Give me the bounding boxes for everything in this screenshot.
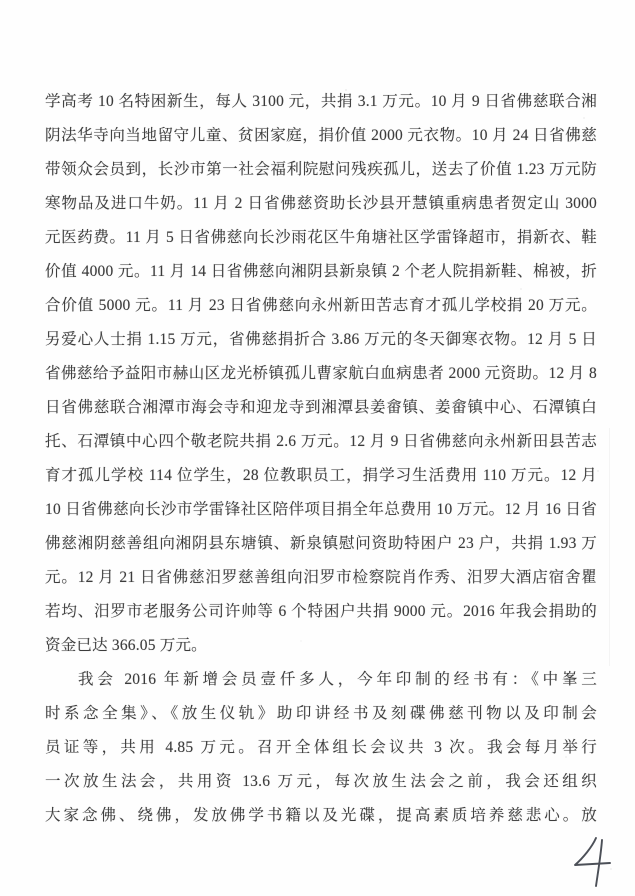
text-line: 员证等，共用 4.85 万元。召开全体组长会议共 3 次。我会每月举行 — [45, 731, 597, 765]
scan-speckle — [300, 640, 302, 642]
text-line: 若均、汨罗市老服务公司许帅等 6 个特困户共捐 9000 元。2016 年我会捐… — [45, 595, 597, 629]
text-line: 佛慈湘阴慈善组向湘阴县东塘镇、新泉镇慰问资助特困户 23 户，共捐 1.93 万 — [45, 527, 597, 561]
scanned-page: 学高考 10 名特困新生，每人 3100 元，共捐 3.1 万元。10 月 9 … — [0, 0, 635, 896]
scan-artifact-line — [609, 428, 610, 666]
text-line: 价值 4000 元。11 月 14 日省佛慈向湘阴县新泉镇 2 个老人院捐新鞋、… — [45, 255, 597, 289]
text-line: 阴法华寺向当地留守儿童、贫困家庭，捐价值 2000 元衣物。10 月 24 日省… — [45, 119, 597, 153]
text-line: 日省佛慈联合湘潭市海会寺和迎龙寺到湘潭县姜畲镇、姜畲镇中心、石潭镇白 — [45, 391, 597, 425]
text-line: 托、石潭镇中心四个敬老院共捐 2.6 万元。12 月 9 日省佛慈向永州新田县苦… — [45, 425, 597, 459]
text-line: 另爱心人士捐 1.15 万元，省佛慈捐折合 3.86 万元的冬天御寒衣物。12 … — [45, 323, 597, 357]
scan-speckle — [520, 288, 522, 290]
text-line: 元。12 月 21 日省佛慈汨罗慈善组向汨罗市检察院肖作秀、汨罗大酒店宿舍瞿 — [45, 561, 597, 595]
text-line: 省佛慈给予益阳市赫山区龙光桥镇孤儿曹家航白血病患者 2000 元资助。12 月 … — [45, 357, 597, 391]
text-line: 寒物品及进口牛奶。11 月 2 日省佛慈资助长沙县开慧镇重病患者贺定山 3000 — [45, 187, 597, 221]
text-line: 一次放生法会，共用资 13.6 万元，每次放生法会之前，我会还组织 — [45, 765, 597, 799]
scan-speckle — [583, 117, 585, 119]
text-line: 资金已达 366.05 万元。 — [45, 629, 597, 663]
scan-speckle — [75, 142, 77, 144]
text-line: 时系念全集》、《放生仪轨》助印讲经书及刻碟佛慈刊物以及印制会 — [45, 697, 597, 731]
text-line: 育才孤儿学校 114 位学生，28 位教职员工，捐学习生活费用 110 万元。1… — [45, 459, 597, 493]
scan-speckle — [565, 756, 567, 758]
text-line: 学高考 10 名特困新生，每人 3100 元，共捐 3.1 万元。10 月 9 … — [45, 85, 597, 119]
body-text: 学高考 10 名特困新生，每人 3100 元，共捐 3.1 万元。10 月 9 … — [45, 85, 597, 833]
handwritten-page-number — [570, 834, 614, 892]
handwritten-4-glyph — [570, 834, 614, 892]
scan-speckle — [610, 868, 612, 870]
scan-speckle — [345, 89, 347, 91]
text-line: 我会 2016 年新增会员壹仟多人，今年印制的经书有：《中峯三 — [45, 663, 597, 697]
text-line: 元医药费。11 月 5 日省佛慈向长沙雨花区牛角塘社区学雷锋超市，捐新衣、鞋 — [45, 221, 597, 255]
scan-speckle — [597, 470, 599, 472]
text-line: 10 日省佛慈向长沙市学雷锋社区陪伴项目捐全年总费用 10 万元。12 月 16… — [45, 493, 597, 527]
text-line: 大家念佛、绕佛，发放佛学书籍以及光碟，提高素质培养慈悲心。放 — [45, 799, 597, 833]
text-line: 合价值 5000 元。11 月 23 日省佛慈向永州新田苦志育才孤儿学校捐 20… — [45, 289, 597, 323]
text-line: 带领众会员到，长沙市第一社会福利院慰问残疾孤儿，送去了价值 1.23 万元防 — [45, 153, 597, 187]
